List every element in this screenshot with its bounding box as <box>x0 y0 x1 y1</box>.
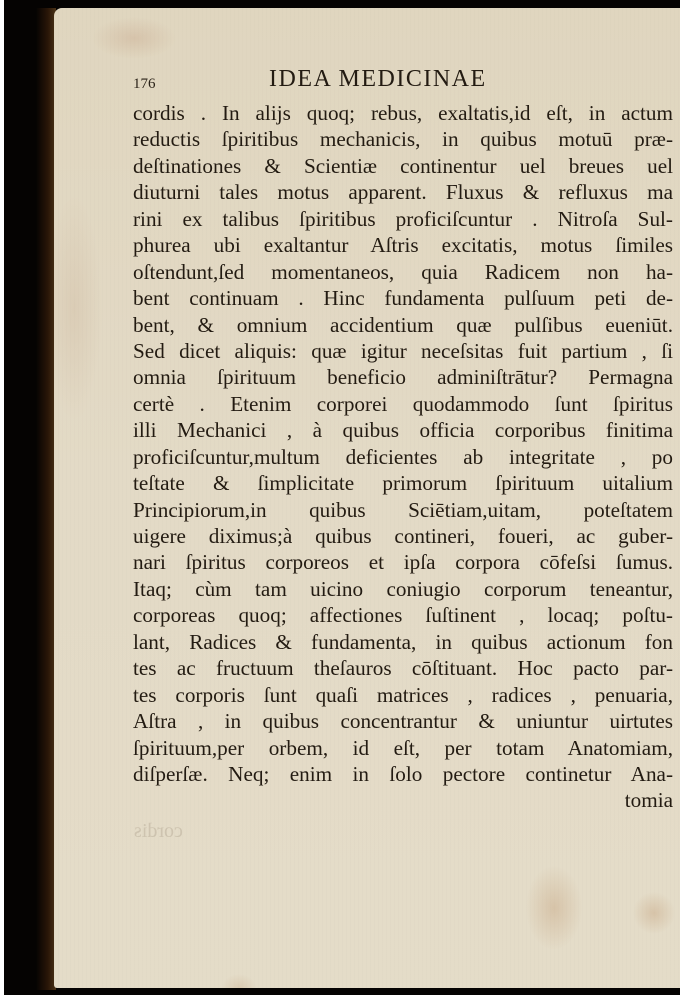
text-line: rini ex talibus ſpiritibus proficiſcuntu… <box>133 206 673 232</box>
catchword: tomia <box>133 787 673 813</box>
text-line: bent, & omnium accidentium quæ pulſibus … <box>133 312 673 338</box>
text-line: certè . Etenim corporei quodammodo ſunt … <box>133 391 673 417</box>
text-line: corporeas quoq; affectiones ſuſtinent , … <box>133 602 673 628</box>
text-line: Sed dicet aliquis: quæ igitur neceſsitas… <box>133 338 673 364</box>
text-line: uigere diximus;à quibus contineri, fouer… <box>133 523 673 549</box>
page-number: 176 <box>133 76 156 93</box>
text-line: Aſtra , in quibus concentrantur & uniunt… <box>133 708 673 734</box>
bleed-through-text: cordis <box>134 820 183 843</box>
text-line: phurea ubi exaltantur Aſtris excitatis, … <box>133 232 673 258</box>
text-line: omnia ſpirituum beneficio adminiſtrātur?… <box>133 364 673 390</box>
running-head-title: IDEA MEDICINAE <box>269 66 487 93</box>
text-line: bent continuam . Hinc fundamenta pulſuum… <box>133 285 673 311</box>
text-line: deſtinationes & Scientiæ continentur uel… <box>133 153 673 179</box>
text-line: reductis ſpiritibus mechanicis, in quibu… <box>133 126 673 152</box>
text-line: diuturni tales motus apparent. Fluxus & … <box>133 179 673 205</box>
text-line: Itaq; cùm tam uicino coniugio corporum t… <box>133 576 673 602</box>
text-line: Principiorum,in quibus Sciētiam,uitam, p… <box>133 497 673 523</box>
text-line: tes ac fructuum theſauros cōſtituant. Ho… <box>133 655 673 681</box>
page-edge-shadow <box>36 8 56 990</box>
text-line: illi Mechanici , à quibus officia corpor… <box>133 417 673 443</box>
text-line: tes corporis ſunt quaſi matrices , radic… <box>133 682 673 708</box>
text-line: ſpirituum,per orbem, id eſt, per totam A… <box>133 735 673 761</box>
text-line: diſperſæ. Neq; enim in ſolo pectore cont… <box>133 761 673 787</box>
running-head: 176 IDEA MEDICINAE <box>133 66 673 96</box>
text-line: oſtendunt,ſed momentaneos, quia Radicem … <box>133 259 673 285</box>
body-text: cordis . In alijs quoq; rebus, exaltatis… <box>133 100 673 814</box>
text-line: cordis . In alijs quoq; rebus, exaltatis… <box>133 100 673 126</box>
text-line: nari ſpiritus corporeos et ipſa corpora … <box>133 549 673 575</box>
text-line: lant, Radices & fundamenta, in quibus ac… <box>133 629 673 655</box>
text-line: proficiſcuntur,multum deficientes ab int… <box>133 444 673 470</box>
text-line: teſtate & ſimplicitate primorum ſpirituu… <box>133 470 673 496</box>
